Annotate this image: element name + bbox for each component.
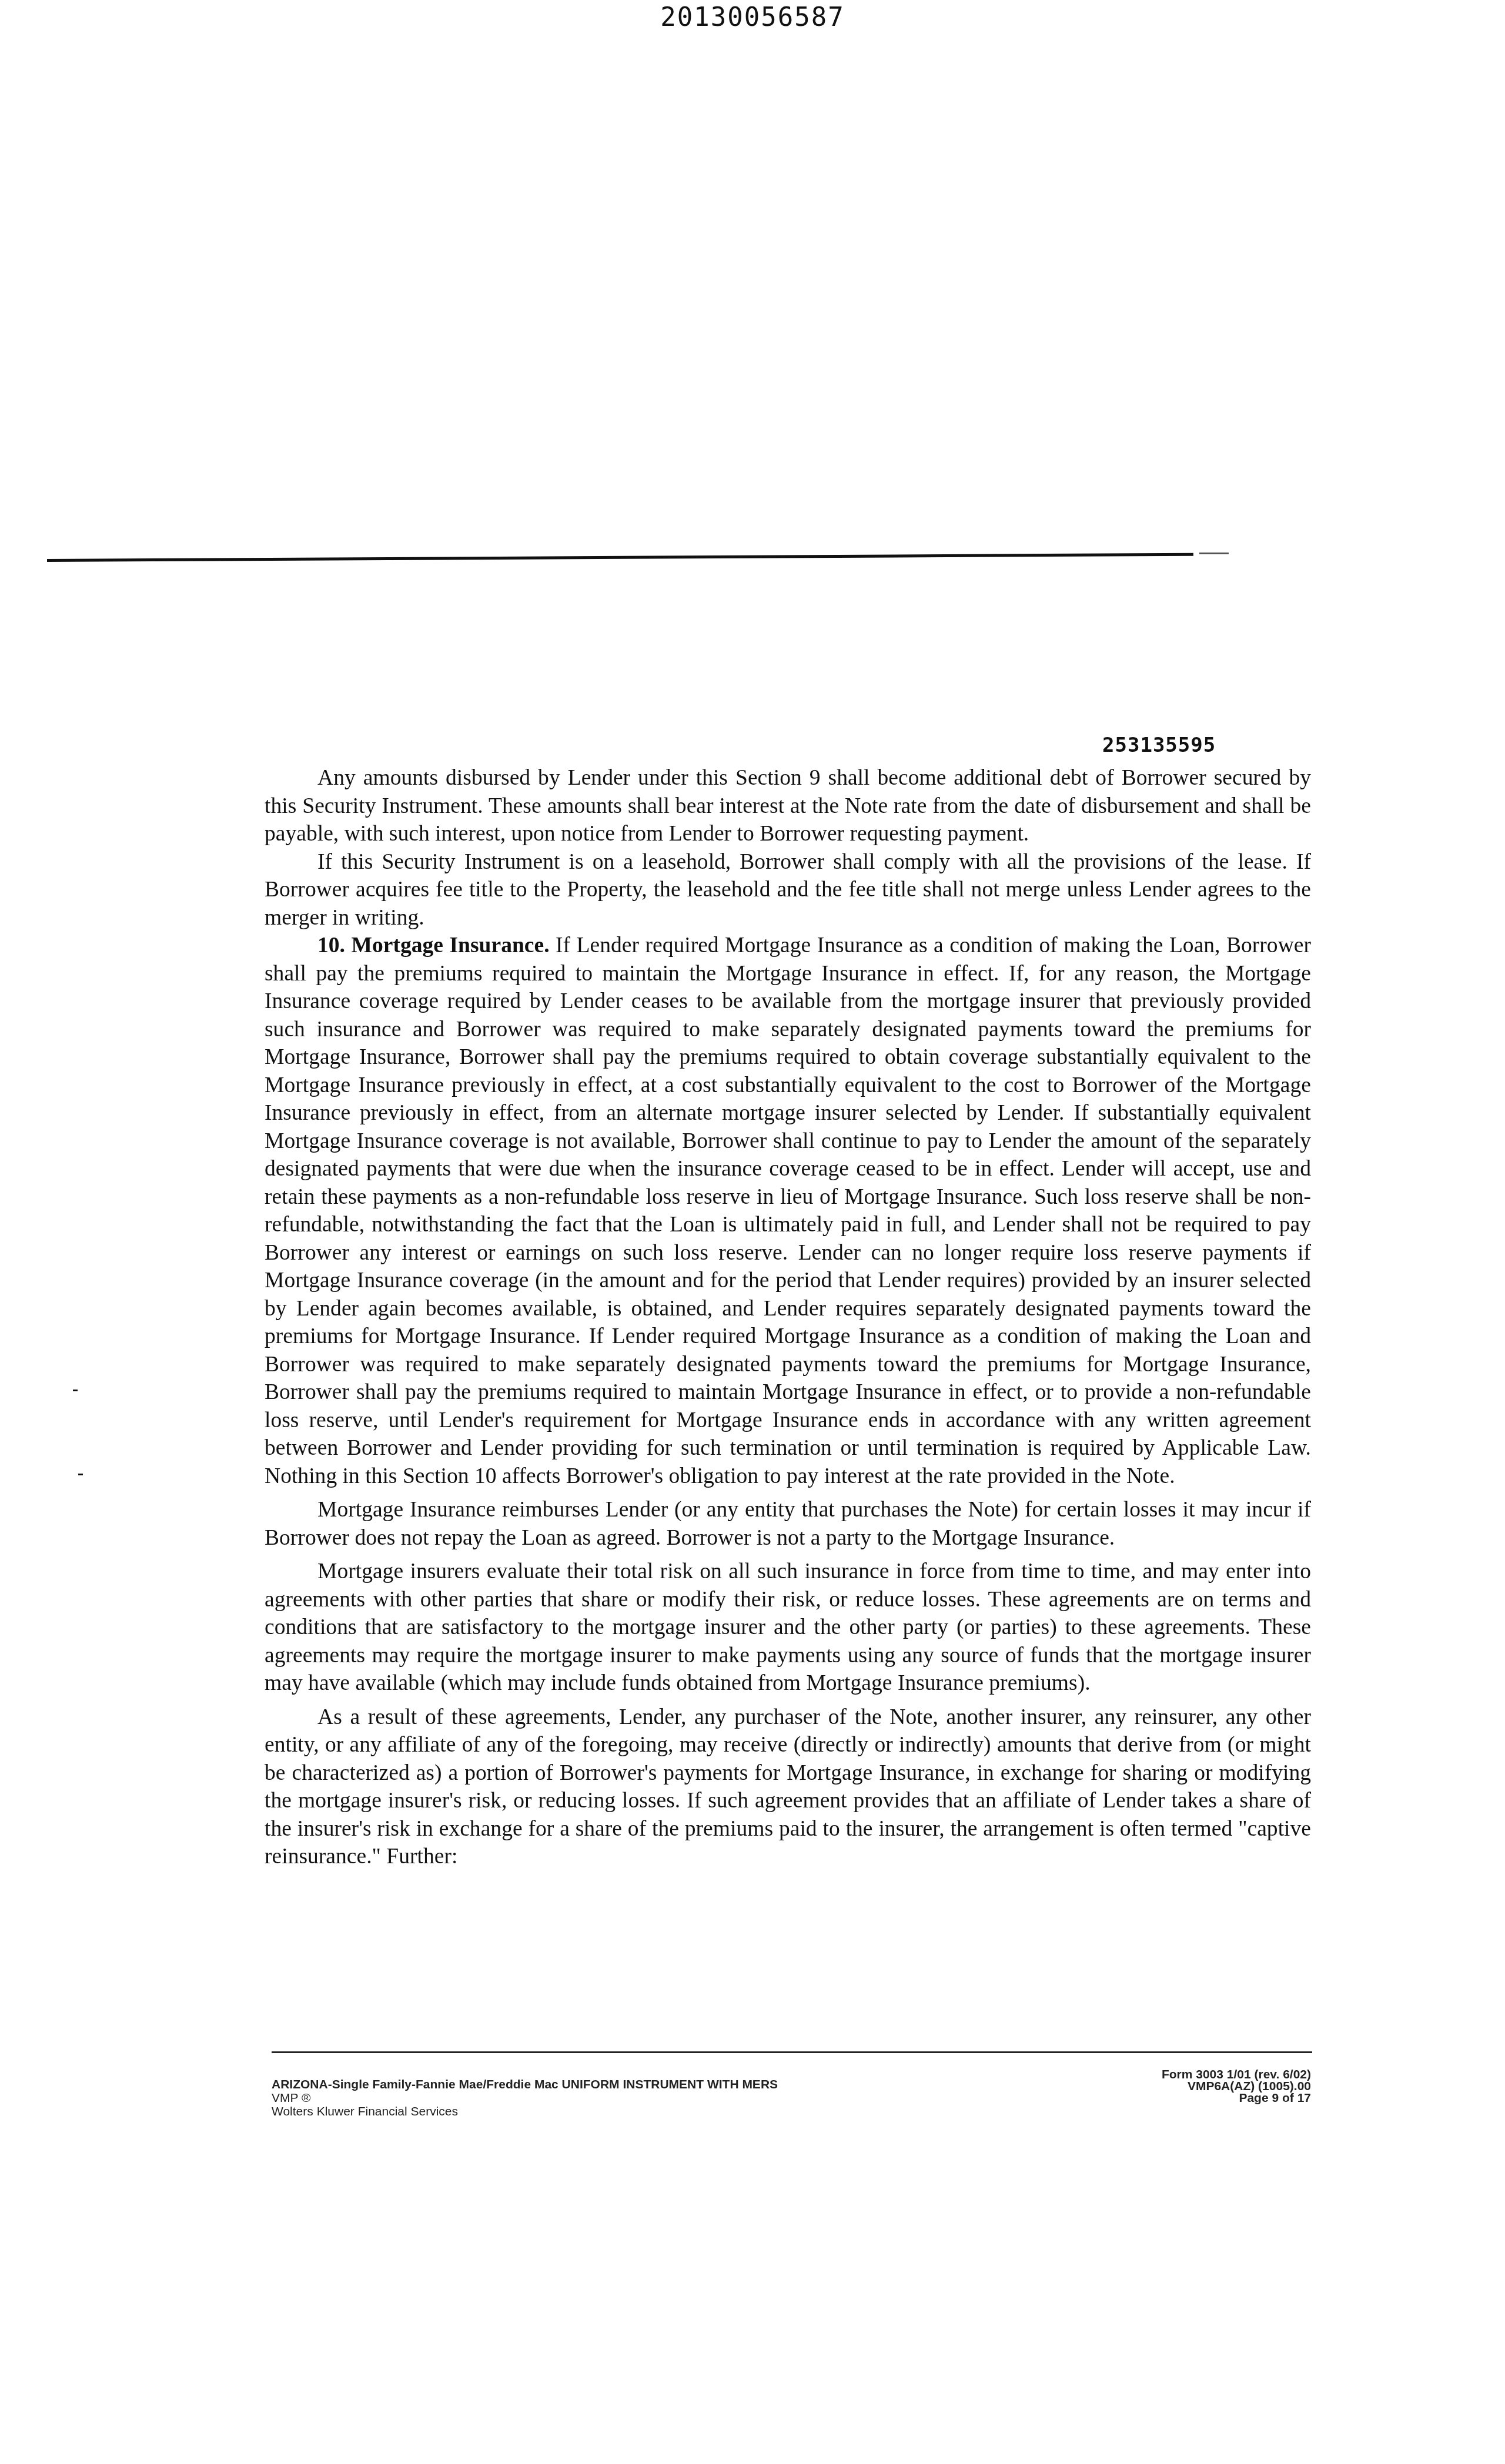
- form-title: ARIZONA-Single Family-Fannie Mae/Freddie…: [272, 2078, 778, 2091]
- paragraph-text: Any amounts disbursed by Lender under th…: [265, 766, 1311, 846]
- page-indicator: Page 9 of 17: [1162, 2093, 1311, 2104]
- margin-scan-mark: [78, 1474, 83, 1475]
- recording-document-number: 20130056587: [0, 2, 1505, 32]
- section-heading: 10. Mortgage Insurance.: [317, 933, 550, 958]
- footer-form-info: ARIZONA-Single Family-Fannie Mae/Freddie…: [272, 2078, 778, 2118]
- paragraph-captive-reinsurance: As a result of these agreements, Lender,…: [265, 1703, 1311, 1871]
- paragraph-text: As a result of these agreements, Lender,…: [265, 1705, 1311, 1869]
- paragraph-text: If this Security Instrument is on a leas…: [265, 850, 1311, 930]
- footer-form-codes: Form 3003 1/01 (rev. 6/02) VMP6A(AZ) (10…: [1162, 2069, 1311, 2104]
- paragraph-text: If Lender required Mortgage Insurance as…: [265, 933, 1311, 1488]
- paragraph-section10-mortgage-insurance: 10. Mortgage Insurance. If Lender requir…: [265, 932, 1311, 1490]
- paragraph-text: Mortgage Insurance reimburses Lender (or…: [265, 1498, 1311, 1550]
- form-code: VMP6A(AZ) (1005).00: [1162, 2081, 1311, 2093]
- vmp-mark: VMP ®: [272, 2091, 778, 2105]
- paragraph-section9-debt: Any amounts disbursed by Lender under th…: [265, 764, 1311, 848]
- form-number: Form 3003 1/01 (rev. 6/02): [1162, 2069, 1311, 2081]
- scan-divider-line: [47, 553, 1193, 562]
- paragraph-text: Mortgage insurers evaluate their total r…: [265, 1559, 1311, 1695]
- footer-divider: [272, 2051, 1312, 2053]
- publisher-name: Wolters Kluwer Financial Services: [272, 2105, 778, 2118]
- document-body: Any amounts disbursed by Lender under th…: [265, 764, 1311, 1871]
- margin-scan-mark: [73, 1390, 78, 1391]
- paragraph-mi-reimburses: Mortgage Insurance reimburses Lender (or…: [265, 1496, 1311, 1552]
- scan-divider-tail: [1199, 553, 1229, 554]
- paragraph-insurers-evaluate: Mortgage insurers evaluate their total r…: [265, 1558, 1311, 1698]
- paragraph-leasehold: If this Security Instrument is on a leas…: [265, 848, 1311, 932]
- loan-number: 253135595: [1102, 734, 1216, 757]
